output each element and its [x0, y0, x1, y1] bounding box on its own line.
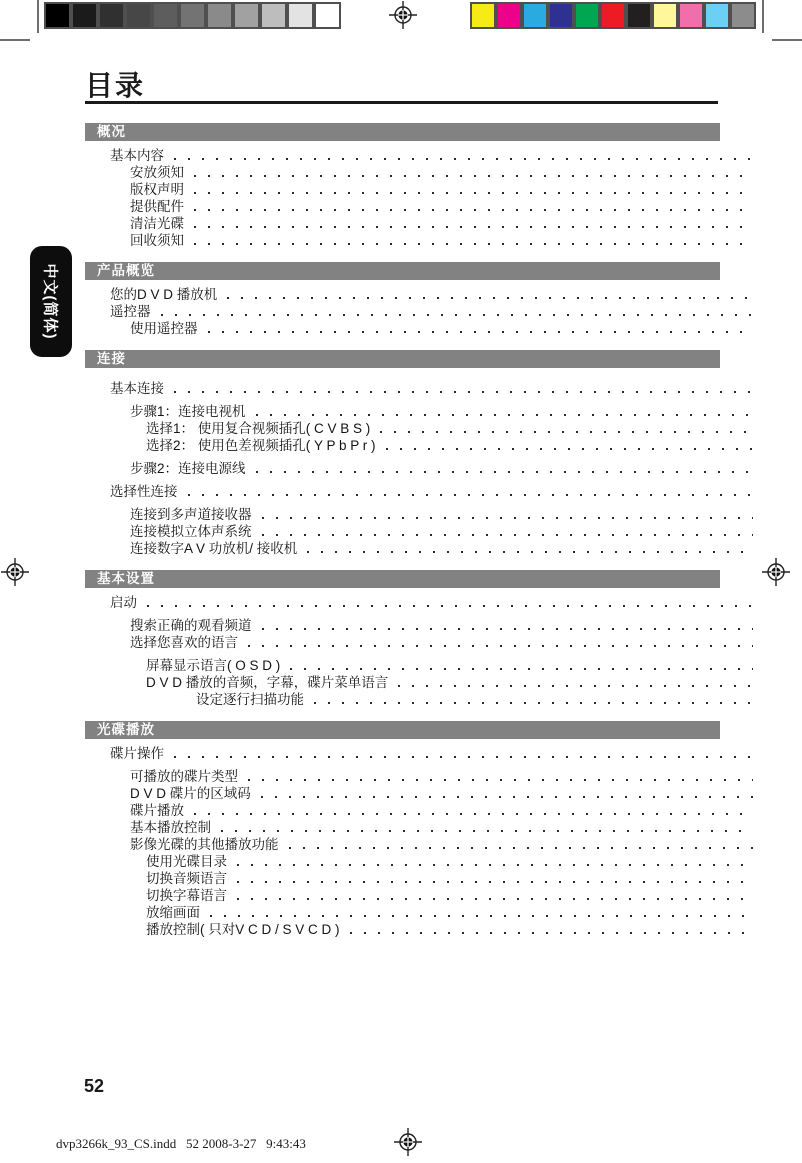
- toc-entry: 使用遥控器: [85, 320, 755, 337]
- toc-entry-label: 选择2： 使用色差视频插孔( Y P b P r ): [146, 437, 376, 454]
- toc-entry: 基本连接: [85, 380, 755, 397]
- toc-entry: 步骤1：连接电视机: [85, 403, 755, 420]
- toc-entry-label: 选择您喜欢的语言: [130, 634, 238, 651]
- dot-leader: [161, 303, 754, 320]
- toc-entry: 步骤2：连接电源线: [85, 460, 755, 477]
- grayscale-calibration-bar: [44, 2, 341, 29]
- dot-leader: [221, 819, 753, 836]
- toc-entry: 放缩画面: [85, 904, 755, 921]
- dot-leader: [194, 164, 753, 181]
- dot-leader: [307, 540, 753, 557]
- calibration-swatch: [522, 2, 548, 29]
- calibration-swatch: [704, 2, 730, 29]
- section-header: 光碟播放: [85, 721, 720, 739]
- dot-leader: [262, 506, 754, 523]
- toc-entry: 使用光碟目录: [85, 853, 755, 870]
- language-tab-label: 中文(简体): [41, 264, 62, 340]
- toc-entry-label: 版权声明: [130, 181, 184, 198]
- dot-leader: [194, 802, 753, 819]
- toc-entry: 搜索正确的观看频道: [85, 617, 755, 634]
- toc-entry: 可播放的碟片类型: [85, 768, 755, 785]
- toc-entry-label: 步骤2：连接电源线: [130, 460, 246, 477]
- imprint-line: dvp3266k_93_CS.indd 52 2008-3-27 9:43:43: [56, 1136, 306, 1152]
- toc-entry: 您的D V D 播放机: [85, 286, 755, 303]
- toc-entry: 遥控器: [85, 303, 755, 320]
- dot-leader: [237, 853, 753, 870]
- language-tab: 中文(简体): [30, 246, 72, 357]
- toc-entry-label: 影像光碟的其他播放功能: [130, 836, 279, 853]
- dot-leader: [147, 594, 753, 611]
- crop-mark: [0, 39, 30, 41]
- toc-entry: 切换字幕语言: [85, 887, 755, 904]
- registration-mark-icon: [394, 1128, 422, 1156]
- toc-entry: 切换音频语言: [85, 870, 755, 887]
- toc-entry: 设定逐行扫描功能: [85, 691, 755, 708]
- toc-entry-label: 搜索正确的观看频道: [130, 617, 252, 634]
- registration-mark-icon: [389, 1, 417, 29]
- manual-page: 目录 中文(简体) 概况基本内容安放须知版权声明提供配件清洁光碟回收须知产品概览…: [0, 0, 802, 1163]
- calibration-swatch: [626, 2, 652, 29]
- toc-entry: D V D 碟片的区域码: [85, 785, 755, 802]
- toc-entry: 连接模拟立体声系统: [85, 523, 755, 540]
- toc-entry-label: 基本播放控制: [130, 819, 211, 836]
- calibration-swatch: [600, 2, 626, 29]
- toc-entry: 连接数字A V 功放机/ 接收机: [85, 540, 755, 557]
- calibration-swatch: [496, 2, 522, 29]
- dot-leader: [188, 483, 754, 500]
- toc-entry-label: D V D 播放的音频，字幕，碟片菜单语言: [146, 674, 388, 691]
- toc-entry-label: 选择性连接: [110, 483, 178, 500]
- toc-entry-label: 切换字幕语言: [146, 887, 227, 904]
- dot-leader: [314, 691, 753, 708]
- dot-leader: [350, 921, 753, 938]
- toc-entry: 基本内容: [85, 147, 755, 164]
- toc-entry-label: 可播放的碟片类型: [130, 768, 238, 785]
- toc-entry: 回收须知: [85, 232, 755, 249]
- toc-entry-label: 使用遥控器: [130, 320, 198, 337]
- toc-entry-label: 提供配件: [130, 198, 184, 215]
- toc-list: 您的D V D 播放机遥控器使用遥控器: [85, 280, 755, 338]
- toc-list: 基本内容安放须知版权声明提供配件清洁光碟回收须知: [85, 141, 755, 250]
- dot-leader: [227, 286, 753, 303]
- calibration-swatch: [652, 2, 678, 29]
- dot-leader: [194, 232, 753, 249]
- toc-entry: 清洁光碟: [85, 215, 755, 232]
- toc-entry: 碟片操作: [85, 745, 755, 762]
- dot-leader: [248, 634, 753, 651]
- dot-leader: [248, 768, 753, 785]
- toc-entry-label: 遥控器: [110, 303, 151, 320]
- toc-list: 基本连接步骤1：连接电视机选择1： 使用复合视频插孔( C V B S )选择2…: [85, 368, 755, 558]
- dot-leader: [386, 437, 753, 454]
- calibration-swatch: [314, 2, 341, 29]
- dot-leader: [194, 215, 753, 232]
- dot-leader: [194, 181, 753, 198]
- toc-entry: 选择您喜欢的语言: [85, 634, 755, 651]
- toc-entry-label: 连接模拟立体声系统: [130, 523, 252, 540]
- dot-leader: [289, 836, 754, 853]
- toc-entry-label: 切换音频语言: [146, 870, 227, 887]
- toc-entry: 安放须知: [85, 164, 755, 181]
- toc-entry-label: 清洁光碟: [130, 215, 184, 232]
- dot-leader: [256, 403, 753, 420]
- toc-entry: 连接到多声道接收器: [85, 506, 755, 523]
- toc-entry-label: 使用光碟目录: [146, 853, 227, 870]
- crop-mark: [762, 0, 764, 33]
- registration-mark-icon: [762, 558, 790, 586]
- dot-leader: [174, 380, 753, 397]
- calibration-swatch: [152, 2, 179, 29]
- toc-entry-label: 您的D V D 播放机: [110, 286, 217, 303]
- dot-leader: [237, 887, 753, 904]
- dot-leader: [262, 617, 754, 634]
- dot-leader: [210, 904, 753, 921]
- calibration-swatch: [233, 2, 260, 29]
- dot-leader: [398, 674, 753, 691]
- dot-leader: [380, 420, 753, 437]
- toc-entry: D V D 播放的音频，字幕，碟片菜单语言: [85, 674, 755, 691]
- registration-mark-icon: [1, 558, 29, 586]
- calibration-swatch: [678, 2, 704, 29]
- color-calibration-bar: [470, 2, 756, 29]
- dot-leader: [256, 460, 753, 477]
- dot-leader: [262, 523, 754, 540]
- toc-entry: 选择2： 使用色差视频插孔( Y P b P r ): [85, 437, 755, 454]
- section-header: 基本设置: [85, 570, 720, 588]
- dot-leader: [237, 870, 753, 887]
- dot-leader: [174, 745, 753, 762]
- toc-entry-label: 碟片播放: [130, 802, 184, 819]
- toc-entry: 碟片播放: [85, 802, 755, 819]
- toc-entry-label: 设定逐行扫描功能: [196, 691, 304, 708]
- toc-entry-label: 屏幕显示语言( O S D ): [146, 657, 280, 674]
- toc-entry-label: 基本连接: [110, 380, 164, 397]
- toc-entry: 影像光碟的其他播放功能: [85, 836, 755, 853]
- section-header: 产品概览: [85, 262, 720, 280]
- toc-entry: 屏幕显示语言( O S D ): [85, 657, 755, 674]
- toc-list: 碟片操作可播放的碟片类型D V D 碟片的区域码碟片播放基本播放控制影像光碟的其…: [85, 739, 755, 939]
- toc-entry-label: 连接数字A V 功放机/ 接收机: [130, 540, 297, 557]
- toc-entry-label: 播放控制( 只对V C D / S V C D ): [146, 921, 340, 938]
- toc-entry: 版权声明: [85, 181, 755, 198]
- calibration-swatch: [98, 2, 125, 29]
- dot-leader: [208, 320, 754, 337]
- toc-entry-label: 步骤1：连接电视机: [130, 403, 246, 420]
- calibration-swatch: [548, 2, 574, 29]
- toc-entry-label: 选择1： 使用复合视频插孔( C V B S ): [146, 420, 370, 437]
- toc-entry-label: 安放须知: [130, 164, 184, 181]
- toc-entry-label: 放缩画面: [146, 904, 200, 921]
- crop-mark: [37, 0, 39, 33]
- calibration-swatch: [71, 2, 98, 29]
- calibration-swatch: [470, 2, 496, 29]
- toc-entry-label: 碟片操作: [110, 745, 164, 762]
- page-title: 目录: [85, 64, 145, 104]
- calibration-swatch: [730, 2, 756, 29]
- toc-entry: 选择性连接: [85, 483, 755, 500]
- toc-entry: 基本播放控制: [85, 819, 755, 836]
- crop-mark: [772, 39, 802, 41]
- title-rule: [85, 101, 718, 104]
- calibration-swatch: [44, 2, 71, 29]
- toc-entry: 播放控制( 只对V C D / S V C D ): [85, 921, 755, 938]
- dot-leader: [194, 198, 753, 215]
- toc-entry-label: 基本内容: [110, 147, 164, 164]
- toc-entry: 启动: [85, 594, 755, 611]
- calibration-swatch: [287, 2, 314, 29]
- calibration-swatch: [179, 2, 206, 29]
- toc-list: 启动搜索正确的观看频道选择您喜欢的语言屏幕显示语言( O S D )D V D …: [85, 588, 755, 709]
- toc-entry-label: D V D 碟片的区域码: [130, 785, 251, 802]
- toc-entry: 提供配件: [85, 198, 755, 215]
- dot-leader: [261, 785, 753, 802]
- calibration-swatch: [260, 2, 287, 29]
- page-number: 52: [84, 1076, 104, 1097]
- calibration-swatch: [125, 2, 152, 29]
- toc-entry-label: 回收须知: [130, 232, 184, 249]
- toc-sections: 概况基本内容安放须知版权声明提供配件清洁光碟回收须知产品概览您的D V D 播放…: [85, 123, 755, 939]
- dot-leader: [290, 657, 753, 674]
- toc-entry-label: 连接到多声道接收器: [130, 506, 252, 523]
- section-header: 概况: [85, 123, 720, 141]
- calibration-swatch: [574, 2, 600, 29]
- dot-leader: [174, 147, 753, 164]
- toc-entry: 选择1： 使用复合视频插孔( C V B S ): [85, 420, 755, 437]
- toc-entry-label: 启动: [110, 594, 137, 611]
- calibration-swatch: [206, 2, 233, 29]
- section-header: 连接: [85, 350, 720, 368]
